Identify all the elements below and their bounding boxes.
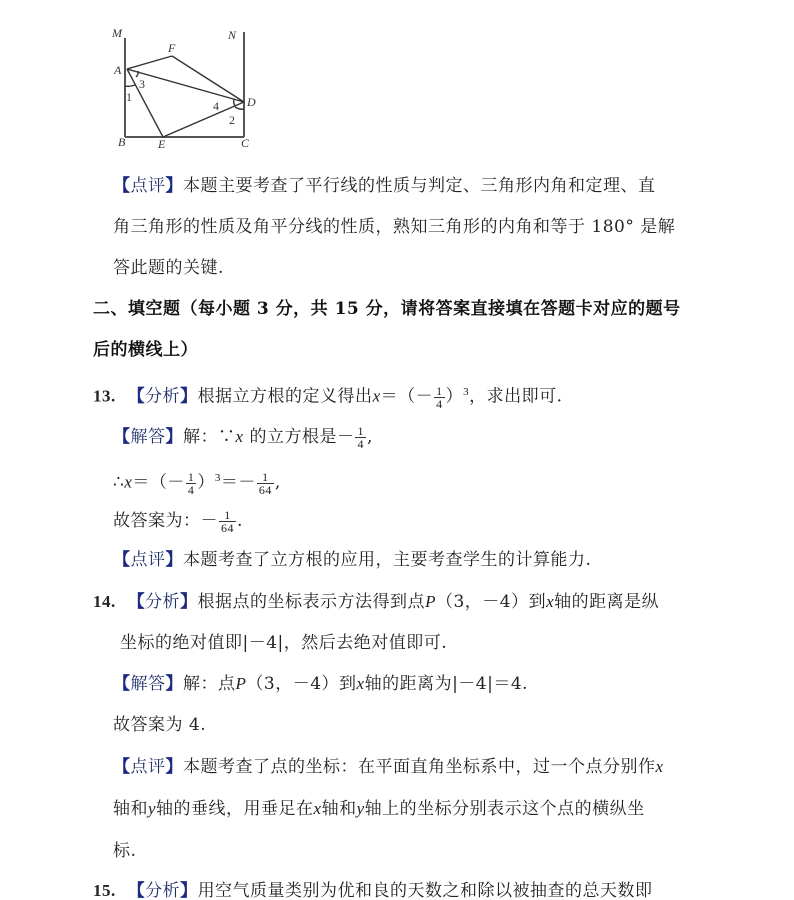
angle-4: 4 — [213, 99, 219, 113]
angle-2: 2 — [229, 113, 235, 127]
label-N: N — [227, 28, 237, 42]
geometry-diagram: M N F A D B E C 1 2 3 4 — [100, 20, 270, 155]
q13-final-answer: 故答案为：－164. — [113, 509, 243, 534]
q13-analysis: 13. 【分析】根据立方根的定义得出x＝（－14）3，求出即可. — [93, 381, 563, 410]
q12-comment-line2: 角三角形的性质及角平分线的性质，熟知三角形的内角和等于 180° 是解 — [113, 216, 675, 238]
angle-1: 1 — [126, 90, 132, 104]
section-heading-line1: 二、填空题（每小题 3 分，共 15 分，请将答案直接填在答题卡对应的题号 — [93, 298, 681, 320]
q14-answer: 【解答】解：点P（3，－4）到x轴的距离为|－4|＝4. — [113, 673, 528, 695]
label-E: E — [157, 137, 166, 151]
q13-comment: 【点评】本题考查了立方根的应用，主要考查学生的计算能力. — [113, 549, 591, 571]
label-M: M — [111, 26, 123, 40]
comment-tag: 【点评】 — [113, 176, 183, 196]
q12-comment-line3: 答此题的关键. — [113, 257, 224, 279]
q14-comment-line1: 【点评】本题考查了点的坐标：在平面直角坐标系中，过一个点分别作x — [113, 756, 664, 778]
q14-final-answer: 故答案为 4. — [113, 714, 206, 736]
q15-analysis: 15. 【分析】用空气质量类别为优和良的天数之和除以被抽查的总天数即 — [93, 880, 653, 900]
q13-calc: ∴x＝（－14）3＝－164, — [113, 467, 281, 496]
q14-analysis-line2: 坐标的绝对值即|－4|，然后去绝对值即可. — [120, 632, 447, 654]
q13-answer: 【解答】解：∵x 的立方根是－14, — [113, 425, 373, 450]
q12-comment-line1: 【点评】本题主要考查了平行线的性质与判定、三角形内角和定理、直 — [113, 175, 656, 197]
q14-comment-line2: 轴和y轴的垂线，用垂足在x轴和y轴上的坐标分别表示这个点的横纵坐 — [113, 798, 645, 820]
label-B: B — [118, 135, 126, 149]
angle-3: 3 — [139, 77, 145, 91]
q14-analysis-line1: 14. 【分析】根据点的坐标表示方法得到点P（3，－4）到x轴的距离是纵 — [93, 591, 659, 613]
label-D: D — [246, 95, 256, 109]
section-heading-line2: 后的横线上） — [93, 339, 198, 361]
label-F: F — [167, 41, 176, 55]
q14-comment-line3: 标. — [113, 840, 136, 862]
label-C: C — [241, 136, 250, 150]
label-A: A — [113, 63, 122, 77]
